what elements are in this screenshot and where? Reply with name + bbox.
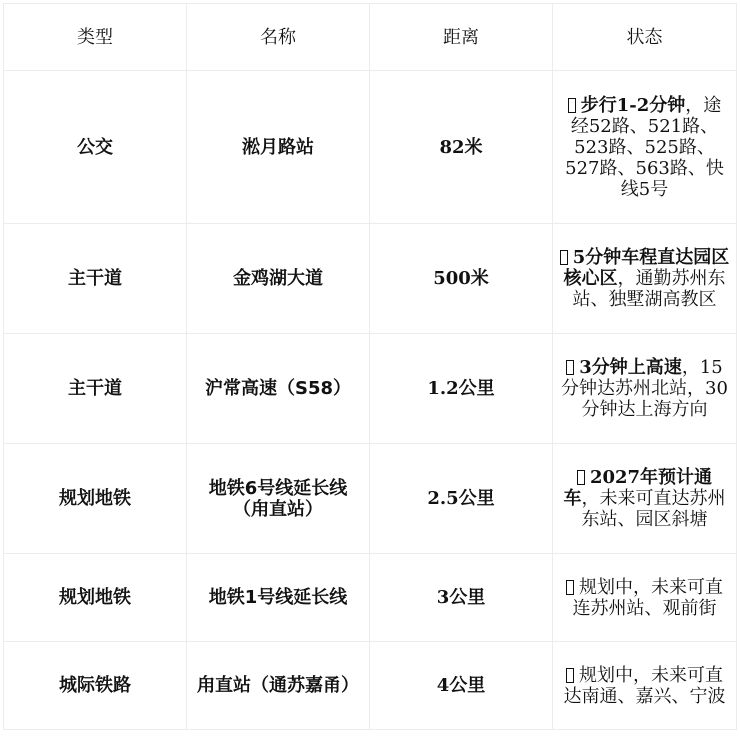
status-lead: 3分钟上高速 <box>579 357 682 378</box>
emoji-placeholder-icon <box>566 668 574 683</box>
header-type: 类型 <box>4 4 187 71</box>
table-row: 规划地铁 地铁6号线延长线（甪直站） 2.5公里 2027年预计通车，未来可直达… <box>4 444 737 554</box>
header-row: 类型 名称 距离 状态 <box>4 4 737 71</box>
cell-name: 甪直站（通苏嘉甬） <box>187 642 370 730</box>
header-name: 名称 <box>187 4 370 71</box>
cell-distance: 500米 <box>370 224 553 334</box>
cell-type: 城际铁路 <box>4 642 187 730</box>
cell-status: 规划中，未来可直连苏州站、观前街 <box>553 554 737 642</box>
status-lead: 步行1-2分钟 <box>581 95 686 116</box>
cell-type: 规划地铁 <box>4 444 187 554</box>
emoji-placeholder-icon <box>568 98 576 113</box>
emoji-placeholder-icon <box>577 470 585 485</box>
header-distance: 距离 <box>370 4 553 71</box>
table-row: 主干道 金鸡湖大道 500米 5分钟车程直达园区核心区，通勤苏州东站、独墅湖高教… <box>4 224 737 334</box>
cell-type: 主干道 <box>4 224 187 334</box>
cell-status: 步行1-2分钟，途经52路、521路、523路、525路、527路、563路、快… <box>553 71 737 224</box>
cell-name: 沪常高速（S58） <box>187 334 370 444</box>
table-row: 主干道 沪常高速（S58） 1.2公里 3分钟上高速，15分钟达苏州北站，30分… <box>4 334 737 444</box>
table-header: 类型 名称 距离 状态 <box>4 4 737 71</box>
transport-table: 类型 名称 距离 状态 公交 淞月路站 82米 步行1-2分钟，途经52路、52… <box>3 3 737 730</box>
cell-name: 地铁6号线延长线（甪直站） <box>187 444 370 554</box>
emoji-placeholder-icon <box>566 360 574 375</box>
table-row: 城际铁路 甪直站（通苏嘉甬） 4公里 规划中，未来可直达南通、嘉兴、宁波 <box>4 642 737 730</box>
cell-status: 5分钟车程直达园区核心区，通勤苏州东站、独墅湖高教区 <box>553 224 737 334</box>
cell-type: 主干道 <box>4 334 187 444</box>
table-body: 公交 淞月路站 82米 步行1-2分钟，途经52路、521路、523路、525路… <box>4 71 737 730</box>
header-status: 状态 <box>553 4 737 71</box>
cell-distance: 4公里 <box>370 642 553 730</box>
cell-type: 公交 <box>4 71 187 224</box>
cell-distance: 82米 <box>370 71 553 224</box>
cell-name: 淞月路站 <box>187 71 370 224</box>
cell-distance: 3公里 <box>370 554 553 642</box>
emoji-placeholder-icon <box>566 580 574 595</box>
status-detail: ，未来可直达苏州东站、园区斜塘 <box>582 488 726 530</box>
status-detail: 规划中，未来可直达南通、嘉兴、宁波 <box>564 665 726 707</box>
status-detail: 规划中，未来可直连苏州站、观前街 <box>573 577 724 619</box>
emoji-placeholder-icon <box>560 250 568 265</box>
cell-type: 规划地铁 <box>4 554 187 642</box>
cell-status: 规划中，未来可直达南通、嘉兴、宁波 <box>553 642 737 730</box>
cell-name: 金鸡湖大道 <box>187 224 370 334</box>
cell-distance: 1.2公里 <box>370 334 553 444</box>
table-row: 规划地铁 地铁1号线延长线 3公里 规划中，未来可直连苏州站、观前街 <box>4 554 737 642</box>
cell-name: 地铁1号线延长线 <box>187 554 370 642</box>
cell-status: 2027年预计通车，未来可直达苏州东站、园区斜塘 <box>553 444 737 554</box>
table-row: 公交 淞月路站 82米 步行1-2分钟，途经52路、521路、523路、525路… <box>4 71 737 224</box>
cell-status: 3分钟上高速，15分钟达苏州北站，30分钟达上海方向 <box>553 334 737 444</box>
cell-distance: 2.5公里 <box>370 444 553 554</box>
